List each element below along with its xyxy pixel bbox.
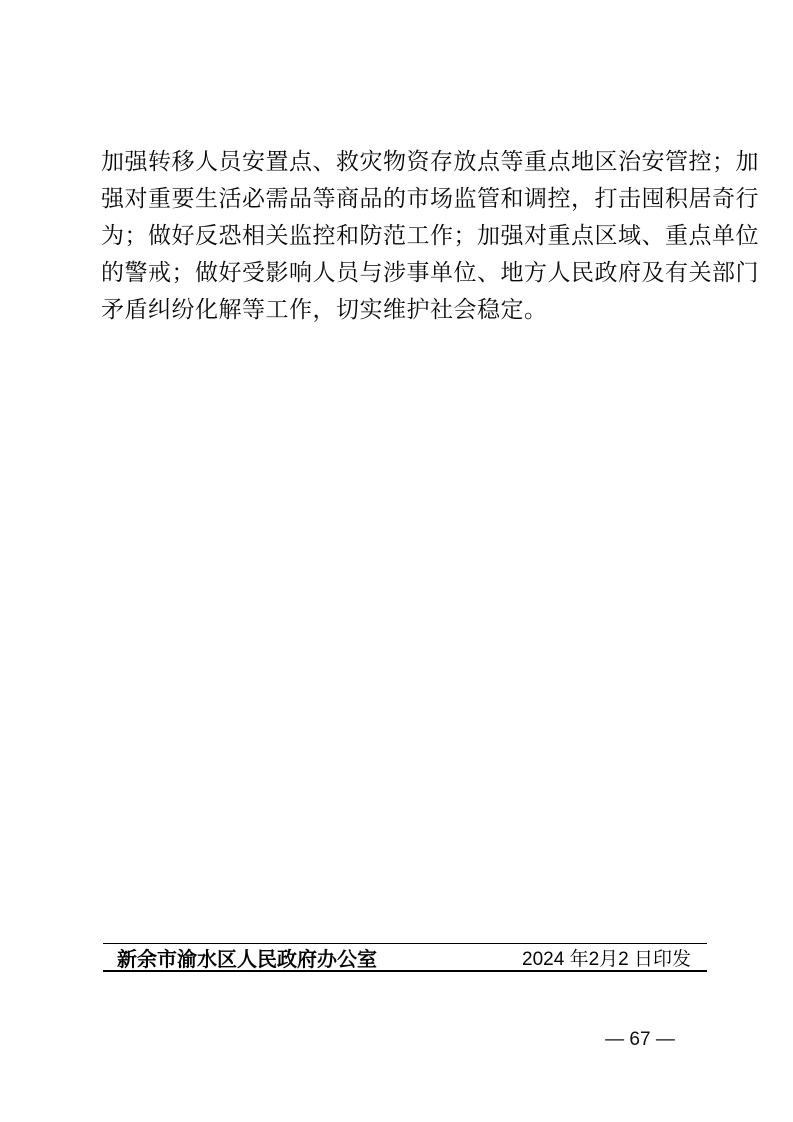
body-line: 强对重要生活必需品等商品的市场监管和调控，打击囤积居奇行 (101, 180, 705, 217)
page-number: — 67 — (555, 1028, 725, 1052)
body-line: 矛盾纠纷化解等工作，切实维护社会稳定。 (101, 291, 705, 328)
body-line: 的警戒；做好受影响人员与涉事单位、地方人民政府及有关部门 (101, 254, 705, 291)
document-page: 加强转移人员安置点、救灾物资存放点等重点地区治安管控；加 强对重要生活必需品等商… (0, 0, 793, 1122)
footer-row: 新余市渝水区人民政府办公室 2024 年2月2 日印发 (103, 944, 707, 970)
footer-issuer: 新余市渝水区人民政府办公室 (117, 943, 377, 972)
body-line: 为；做好反恐相关监控和防范工作；加强对重点区域、重点单位 (101, 217, 705, 254)
footer-rule-bottom (103, 970, 707, 972)
footer-print-date: 2024 年2月2 日印发 (522, 944, 691, 971)
body-line: 加强转移人员安置点、救灾物资存放点等重点地区治安管控；加 (101, 143, 705, 180)
body-paragraph: 加强转移人员安置点、救灾物资存放点等重点地区治安管控；加 强对重要生活必需品等商… (101, 143, 705, 328)
